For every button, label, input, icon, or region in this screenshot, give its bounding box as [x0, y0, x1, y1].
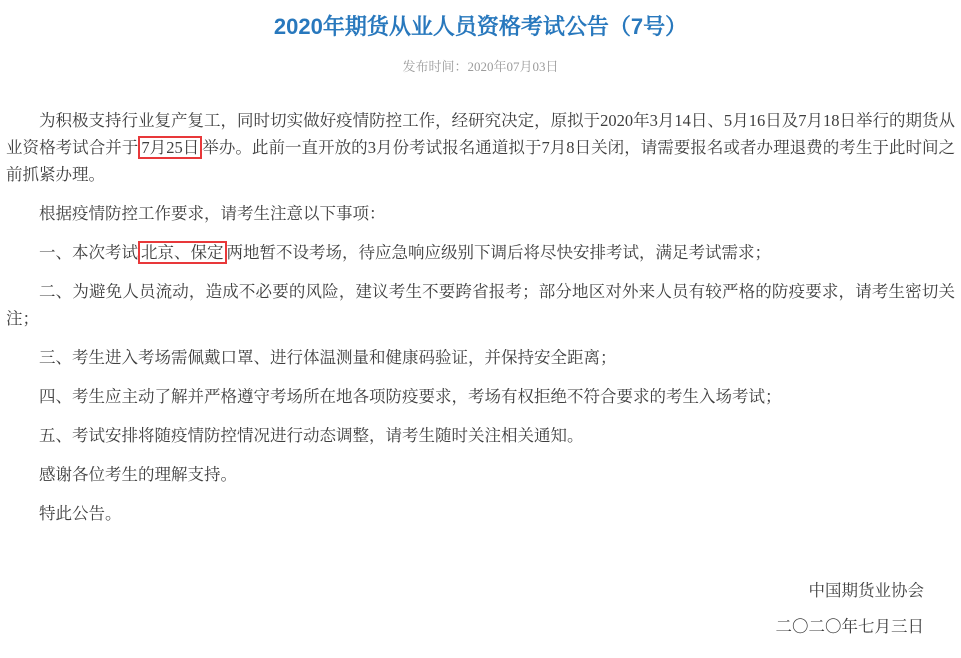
thanks-line: 感谢各位考生的理解支持。: [6, 461, 955, 488]
notice-lead-paragraph: 根据疫情防控工作要求，请考生注意以下事项：: [6, 200, 955, 227]
highlight-cities-box: 北京、保定: [138, 241, 227, 264]
publish-date: 发布时间：2020年07月03日: [6, 59, 955, 75]
notice-item-5: 五、考试安排将随疫情防控情况进行动态调整，请考生随时关注相关通知。: [6, 422, 955, 449]
intro-paragraph: 为积极支持行业复产复工，同时切实做好疫情防控工作，经研究决定，原拟于2020年3…: [6, 107, 955, 188]
signature-date: 二〇二〇年七月三日: [6, 613, 924, 640]
notice-item-1: 一、本次考试北京、保定两地暂不设考场，待应急响应级别下调后将尽快安排考试，满足考…: [6, 239, 955, 266]
highlight-exam-date-box: 7月25日: [138, 136, 202, 159]
closing-line: 特此公告。: [6, 500, 955, 527]
page-title: 2020年期货从业人员资格考试公告（7号）: [6, 12, 955, 40]
item1-text-after: 两地暂不设考场，待应急响应级别下调后将尽快安排考试，满足考试需求；: [227, 243, 772, 262]
notice-item-4: 四、考生应主动了解并严格遵守考场所在地各项防疫要求，考场有权拒绝不符合要求的考生…: [6, 383, 955, 410]
notice-item-2: 二、为避免人员流动，造成不必要的风险，建议考生不要跨省报考；部分地区对外来人员有…: [6, 278, 955, 332]
notice-item-3: 三、考生进入考场需佩戴口罩、进行体温测量和健康码验证，并保持安全距离；: [6, 344, 955, 371]
announcement-page: 2020年期货从业人员资格考试公告（7号） 发布时间：2020年07月03日 为…: [0, 0, 961, 658]
signature-block: 中国期货业协会 二〇二〇年七月三日: [6, 577, 955, 640]
announcement-body: 为积极支持行业复产复工，同时切实做好疫情防控工作，经研究决定，原拟于2020年3…: [6, 107, 955, 527]
item1-text-before: 一、本次考试: [39, 243, 138, 262]
signature-org: 中国期货业协会: [6, 577, 924, 604]
